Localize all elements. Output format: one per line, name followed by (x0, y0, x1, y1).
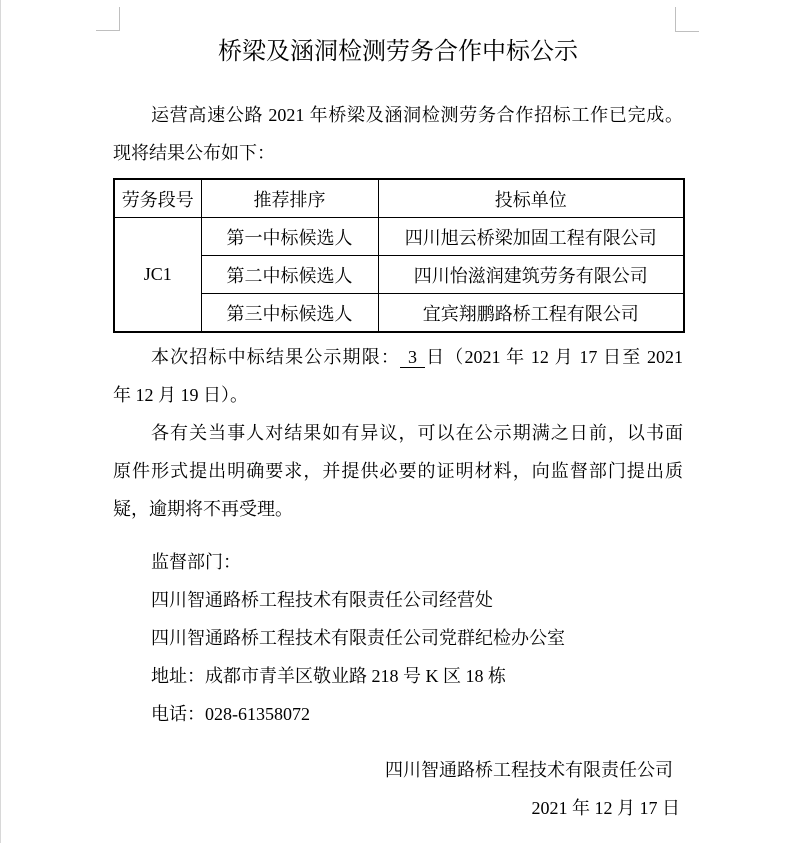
supervision-block: 监督部门： 四川智通路桥工程技术有限责任公司经营处 四川智通路桥工程技术有限责任… (113, 543, 683, 733)
intro-line-2: 现将结果公布如下： (113, 134, 683, 172)
signature-date: 2021 年 12 月 17 日 (113, 789, 683, 827)
text-boundary-mark-top-left (96, 7, 120, 31)
notice-period-dates: 日（2021 年 12 月 17 日至 2021 (425, 347, 683, 367)
segment-cell: JC1 (114, 218, 201, 333)
header-bidder: 投标单位 (378, 179, 684, 218)
document-page: { "page": { "title": "桥梁及涵洞检测劳务合作中标公示", … (0, 0, 794, 843)
supervision-heading: 监督部门： (113, 543, 683, 581)
signature-company: 四川智通路桥工程技术有限责任公司 (113, 751, 683, 789)
objection-paragraph: 各有关当事人对结果如有异议，可以在公示期满之日前，以书面 原件形式提出明确要求，… (113, 414, 683, 528)
intro-line-1: 运营高速公路 2021 年桥梁及涵洞检测劳务合作招标工作已完成。 (113, 96, 683, 134)
supervision-address: 地址：成都市青羊区敬业路 218 号 K 区 18 栋 (113, 657, 683, 695)
supervision-dept-2: 四川智通路桥工程技术有限责任公司党群纪检办公室 (113, 619, 683, 657)
notice-period-prefix: 本次招标中标结果公示期限： (151, 347, 400, 367)
table-header-row: 劳务段号 推荐排序 投标单位 (114, 179, 684, 218)
text-boundary-mark-top-right (675, 7, 699, 32)
page-title: 桥梁及涵洞检测劳务合作中标公示 (113, 34, 683, 70)
notice-period-days: 3 (400, 347, 425, 368)
signature-block: 四川智通路桥工程技术有限责任公司 2021 年 12 月 17 日 (113, 751, 683, 827)
notice-period-paragraph: 本次招标中标结果公示期限：3日（2021 年 12 月 17 日至 2021 年… (113, 338, 683, 414)
notice-period-line-1: 本次招标中标结果公示期限：3日（2021 年 12 月 17 日至 2021 (113, 338, 683, 376)
table-row: JC1 第一中标候选人 四川旭云桥梁加固工程有限公司 (114, 218, 684, 256)
document-body: 桥梁及涵洞检测劳务合作中标公示 运营高速公路 2021 年桥梁及涵洞检测劳务合作… (0, 0, 794, 827)
bidder-cell: 四川怡滋润建筑劳务有限公司 (378, 256, 684, 294)
rank-cell: 第二中标候选人 (201, 256, 378, 294)
bidder-cell: 四川旭云桥梁加固工程有限公司 (378, 218, 684, 256)
award-table: 劳务段号 推荐排序 投标单位 JC1 第一中标候选人 四川旭云桥梁加固工程有限公… (113, 178, 685, 333)
page-left-edge (0, 0, 1, 843)
bidder-cell: 宜宾翔鹏路桥工程有限公司 (378, 294, 684, 333)
supervision-dept-1: 四川智通路桥工程技术有限责任公司经营处 (113, 581, 683, 619)
objection-line-1: 各有关当事人对结果如有异议，可以在公示期满之日前，以书面 (113, 414, 683, 452)
intro-paragraph: 运营高速公路 2021 年桥梁及涵洞检测劳务合作招标工作已完成。 现将结果公布如… (113, 96, 683, 172)
objection-line-2: 原件形式提出明确要求，并提供必要的证明材料，向监督部门提出质 (113, 452, 683, 490)
rank-cell: 第一中标候选人 (201, 218, 378, 256)
notice-period-line-2: 年 12 月 19 日）。 (113, 376, 683, 414)
objection-line-3: 疑，逾期将不再受理。 (113, 490, 683, 528)
header-rank: 推荐排序 (201, 179, 378, 218)
header-segment: 劳务段号 (114, 179, 201, 218)
supervision-phone: 电话：028-61358072 (113, 695, 683, 733)
rank-cell: 第三中标候选人 (201, 294, 378, 333)
